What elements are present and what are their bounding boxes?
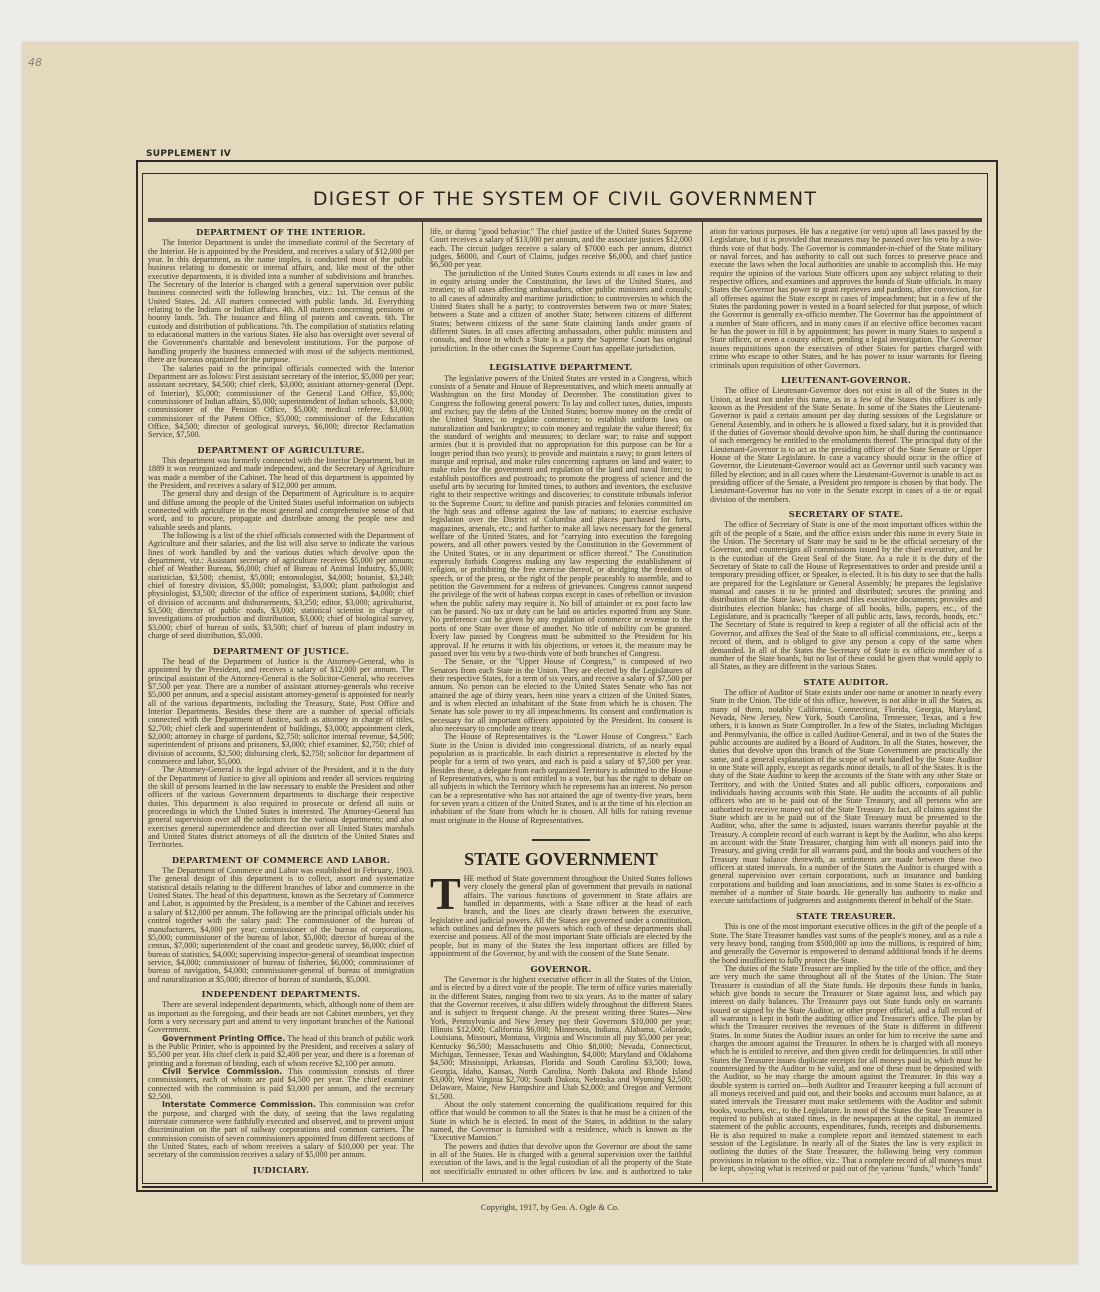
page-title: DIGEST OF THE SYSTEM OF CIVIL GOVERNMENT (142, 188, 988, 210)
paragraph: The office of Lieutenant-Governor does n… (710, 387, 982, 504)
paragraph: The head of the Department of Justice is… (148, 658, 414, 766)
paragraph: The Department of Commerce and Labor was… (148, 867, 414, 984)
paragraph: The salaries paid to the principal offic… (148, 365, 414, 440)
copyright-notice: Copyright, 1917, by Geo. A. Ogle & Co. (0, 1202, 1100, 1212)
column-right: ation for various purposes. He has a neg… (710, 228, 982, 1174)
paragraph: The general duty and design of the Depar… (148, 490, 414, 532)
drop-cap: T (430, 875, 461, 913)
section-heading-state-treasurer: STATE TREASURER. (710, 912, 982, 920)
section-heading-state-auditor: STATE AUDITOR. (710, 678, 982, 686)
paragraph: ation for various purposes. He has a neg… (710, 228, 982, 370)
paragraph: The legislative powers of the United Sta… (430, 375, 692, 659)
column-left: DEPARTMENT OF THE INTERIOR. The Interior… (148, 228, 414, 1174)
paragraph-gpo: Government Printing Office. The head of … (148, 1035, 414, 1068)
paragraph: The office of Auditor of State exists un… (710, 689, 982, 906)
column-divider (702, 222, 703, 1182)
section-heading-governor: GOVERNOR. (430, 965, 692, 973)
paragraph: About the only statement concerning the … (430, 1101, 692, 1143)
paragraph: There are several independent department… (148, 1001, 414, 1034)
section-heading-judiciary: JUDICIARY. (148, 1166, 414, 1174)
section-heading-justice: DEPARTMENT OF JUSTICE. (148, 647, 414, 655)
section-heading-independent: INDEPENDENT DEPARTMENTS. (148, 990, 414, 998)
section-heading-commerce: DEPARTMENT OF COMMERCE AND LABOR. (148, 856, 414, 864)
paragraph-icc: Interstate Commerce Commission. This com… (148, 1101, 414, 1159)
paragraph: The Governor is the highest executive of… (430, 976, 692, 1101)
section-heading-lieutenant-governor: LIEUTENANT-GOVERNOR. (710, 376, 982, 384)
title-divider (148, 218, 982, 222)
paragraph: The office of Secretary of State is one … (710, 521, 982, 671)
bottom-divider (142, 1186, 992, 1188)
paragraph: The duties of the State Treasurer are im… (710, 965, 982, 1174)
paragraph: The Interior Department is under the imm… (148, 239, 414, 364)
section-heading-legislative: LEGISLATIVE DEPARTMENT. (430, 363, 692, 371)
section-heading-agriculture: DEPARTMENT OF AGRICULTURE. (148, 446, 414, 454)
paragraph: The Attorney-General is the legal advise… (148, 766, 414, 849)
paragraph: The following is a list of the chief off… (148, 532, 414, 640)
column-middle: life, or during "good behavior." The chi… (430, 228, 692, 1174)
section-heading-secretary-of-state: SECRETARY OF STATE. (710, 510, 982, 518)
supplement-label: SUPPLEMENT IV (146, 149, 231, 159)
section-heading-interior: DEPARTMENT OF THE INTERIOR. (148, 228, 414, 236)
paragraph-intro: THE method of State government throughou… (430, 875, 692, 958)
paragraph: The powers and duties that devolve upon … (430, 1143, 692, 1174)
paragraph: The Senate, or the "Upper House of Congr… (430, 658, 692, 733)
paragraph-csc: Civil Service Commission. This commissio… (148, 1068, 414, 1101)
column-divider (422, 222, 423, 1182)
paragraph: The House of Representatives is the "Low… (430, 733, 692, 825)
paragraph: This is one of the most important execut… (710, 923, 982, 965)
paragraph: This department was formerly connected w… (148, 457, 414, 490)
state-government-title: STATE GOVERNMENT (430, 849, 692, 869)
section-divider (532, 839, 590, 841)
paragraph: The jurisdiction of the United States Co… (430, 270, 692, 353)
paragraph: life, or during "good behavior." The chi… (430, 228, 692, 270)
handwritten-page-number: 48 (28, 56, 42, 69)
